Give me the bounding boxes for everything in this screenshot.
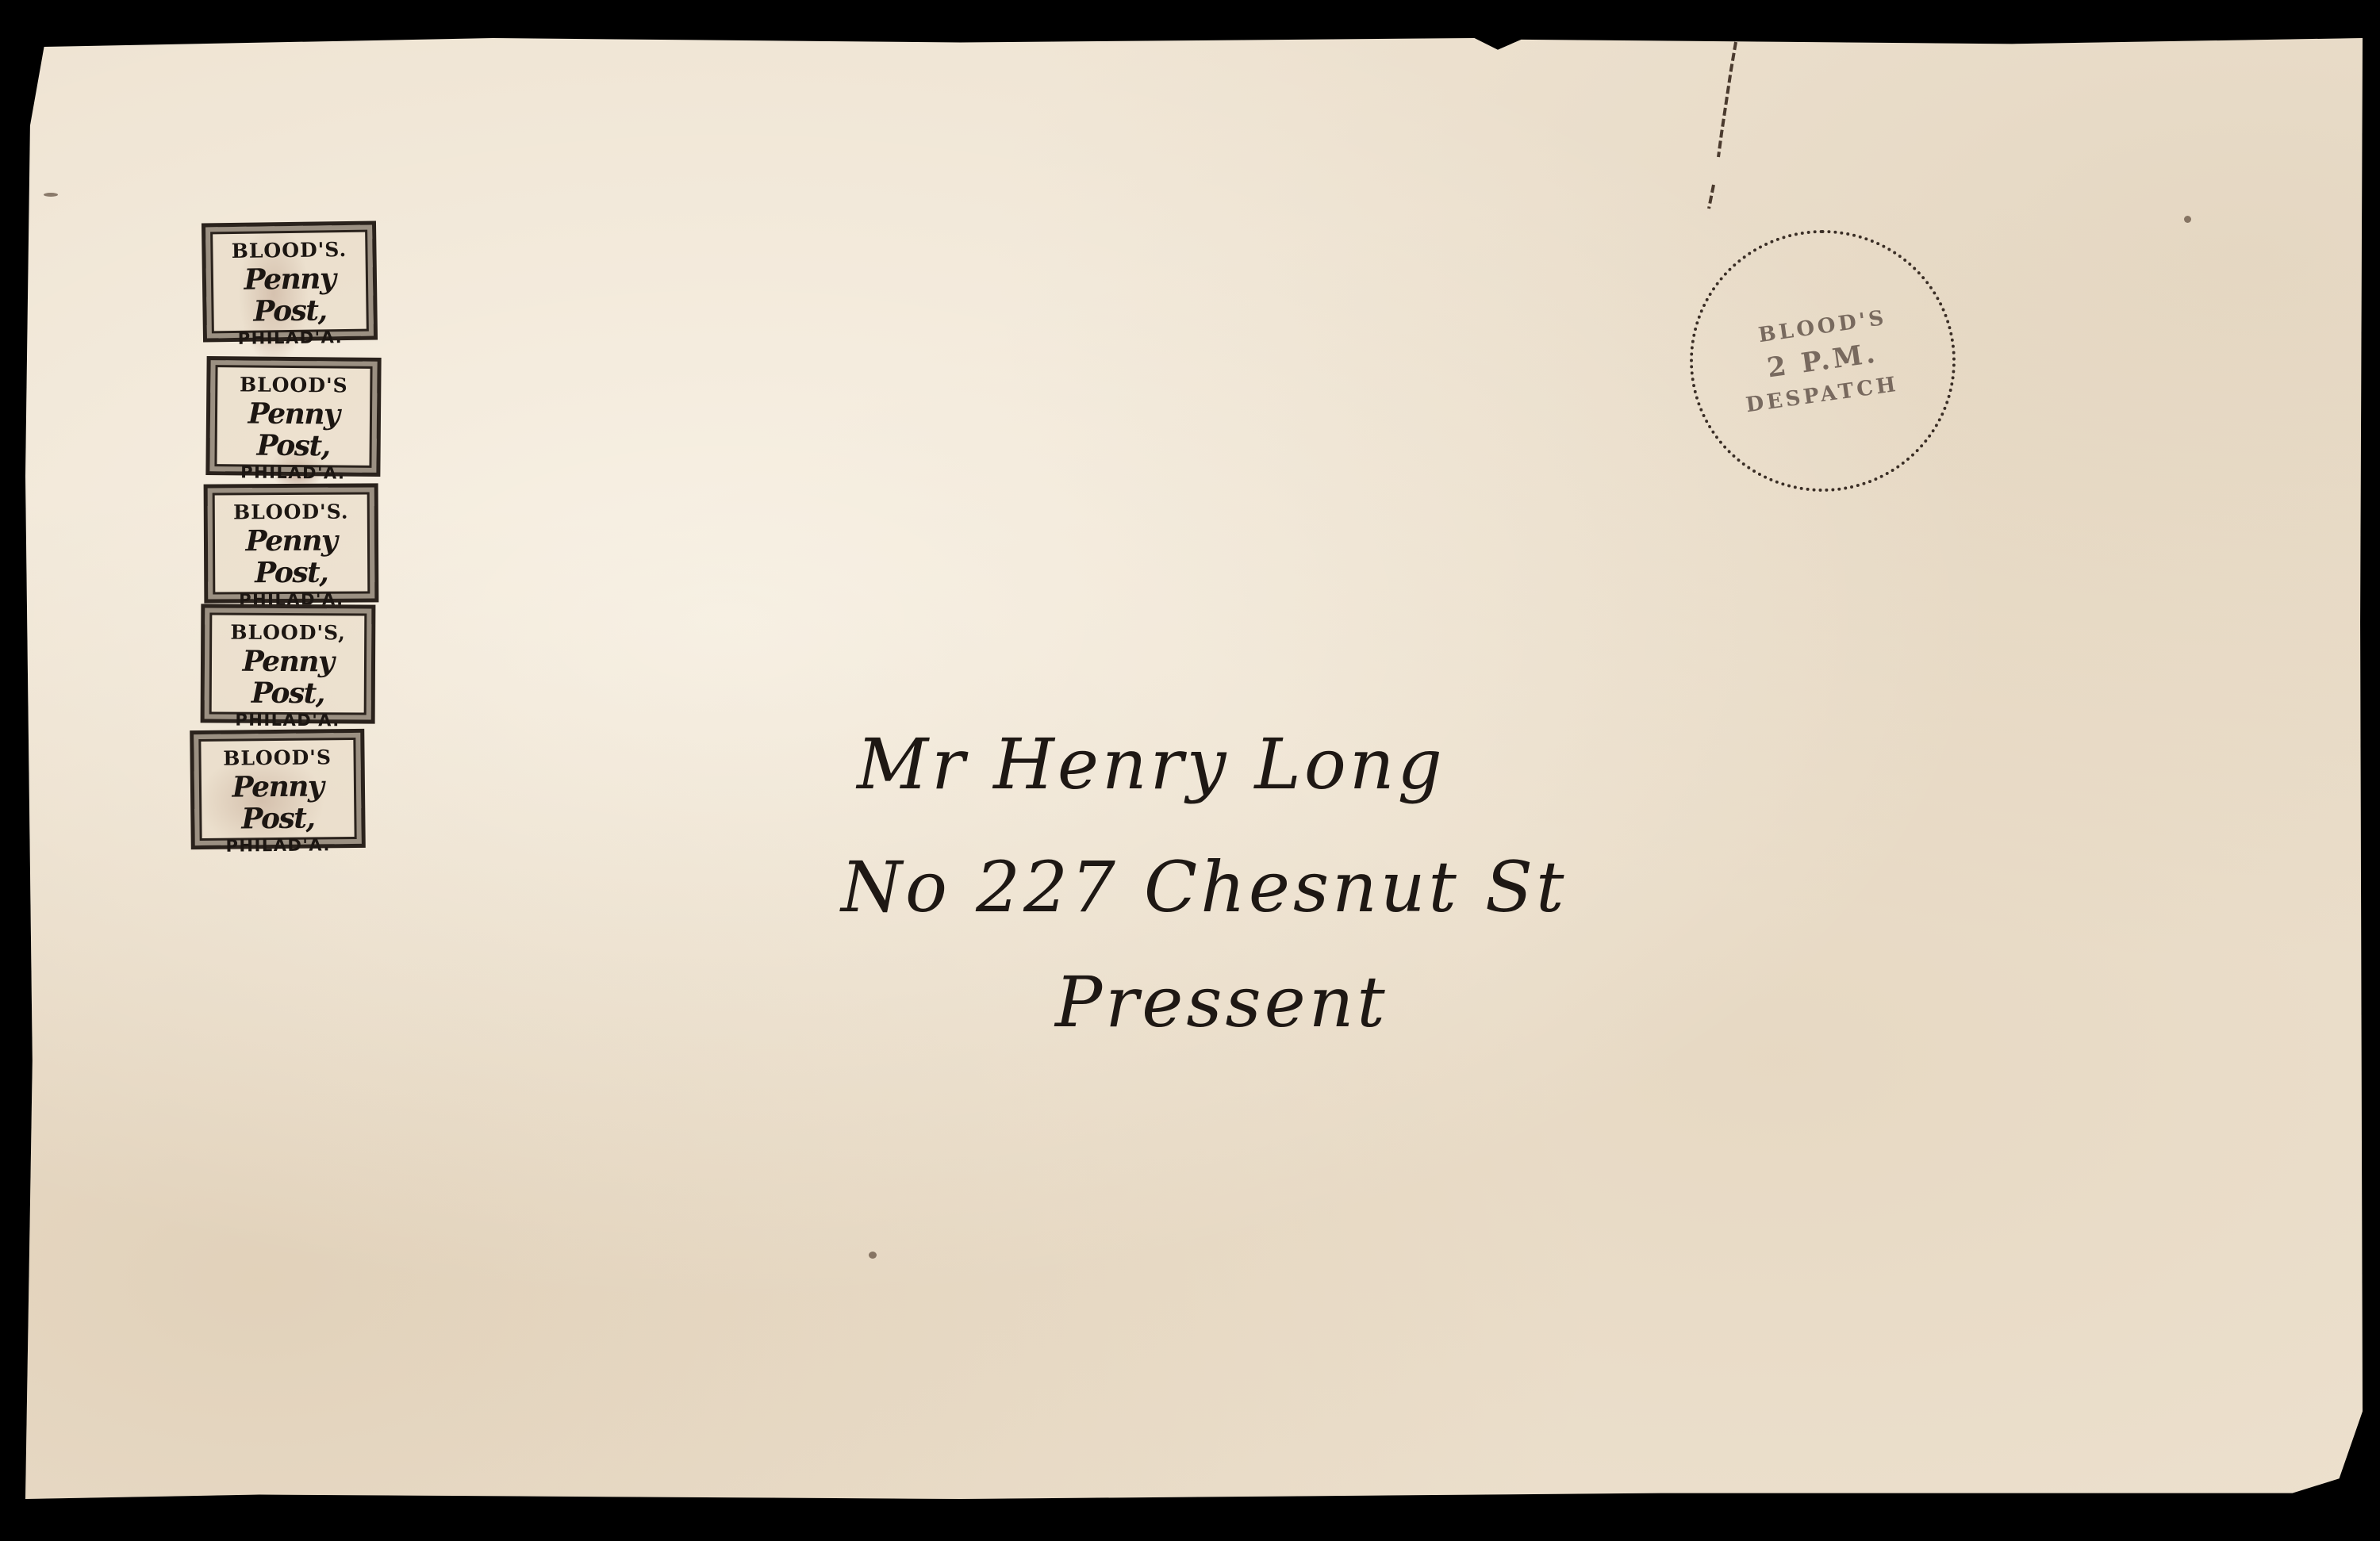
- stamp: BLOOD'S. Penny Post, PHILAD'A.: [202, 220, 378, 342]
- stamp-middle-text: Penny Post,: [205, 645, 371, 709]
- postmark: BLOOD'S 2 P.M. DESPATCH: [1690, 230, 1956, 492]
- stamp-bottom-text: PHILAD'A.: [195, 835, 362, 856]
- ink-spot: [869, 1252, 877, 1259]
- postmark-text: BLOOD'S 2 P.M. DESPATCH: [1717, 257, 1929, 465]
- address-line-name: Mr Henry Long: [857, 730, 1445, 799]
- stamp-middle-text: Penny Post,: [194, 770, 362, 835]
- stamp: BLOOD'S Penny Post, PHILAD'A.: [190, 729, 366, 849]
- stamp: BLOOD'S Penny Post, PHILAD'A.: [205, 356, 381, 477]
- ink-spot: [44, 193, 58, 197]
- stamp-middle-text: Penny Post,: [208, 524, 374, 588]
- paper-tear: [1682, 38, 1745, 220]
- address-line-delivery: Pressent: [1055, 968, 1388, 1037]
- ink-spot: [2184, 216, 2191, 223]
- stamp-bottom-text: PHILAD'A.: [209, 462, 376, 483]
- stamp-top-text: BLOOD'S: [210, 373, 377, 397]
- stamp: BLOOD'S. Penny Post, PHILAD'A.: [204, 483, 379, 603]
- stamp-middle-text: Penny Post,: [206, 263, 374, 328]
- stamp-bottom-text: PHILAD'A.: [207, 328, 374, 349]
- stamp-bottom-text: PHILAD'A.: [205, 710, 371, 730]
- stamp-top-text: BLOOD'S,: [205, 620, 371, 644]
- stamp-top-text: BLOOD'S.: [208, 500, 374, 523]
- stamp-top-text: BLOOD'S: [194, 746, 360, 770]
- stamp: BLOOD'S, Penny Post, PHILAD'A.: [201, 604, 376, 723]
- address-line-street: No 227 Chesnut St: [841, 853, 1567, 922]
- stamp-middle-text: Penny Post,: [210, 397, 378, 462]
- stamp-top-text: BLOOD'S.: [205, 238, 372, 263]
